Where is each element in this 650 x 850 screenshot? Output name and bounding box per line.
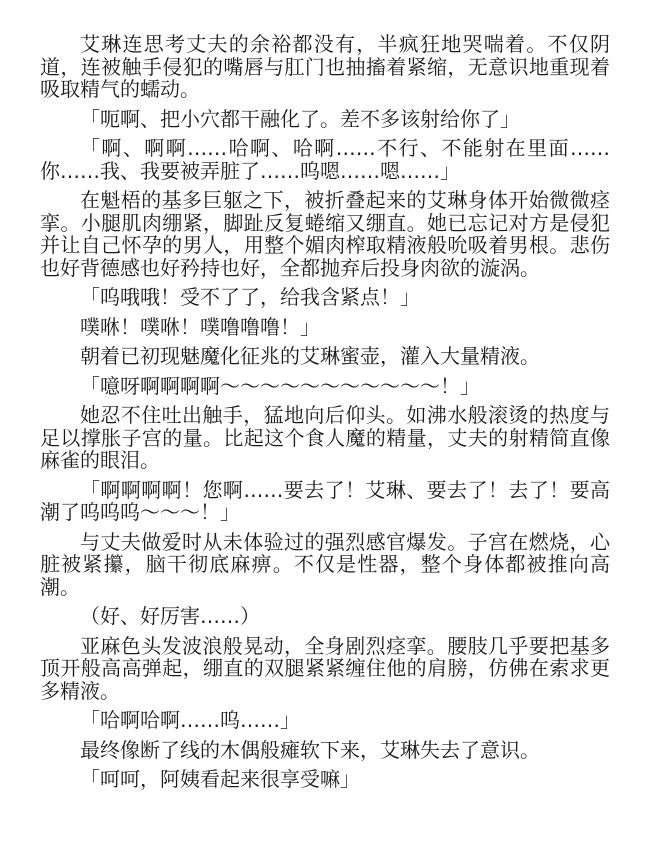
document-page: 艾琳连思考丈夫的余裕都没有，半疯狂地哭喘着。不仅阴道，连被触手侵犯的嘴唇与肛门也… (0, 0, 650, 850)
paragraph: 「啊啊啊啊！您啊……要去了！艾琳、要去了！去了！要高潮了呜呜呜～～～！」 (40, 479, 610, 524)
paragraph: 与丈夫做爱时从未体验过的强烈感官爆发。子宫在燃烧，心脏被紧攥，脑干彻底麻痹。不仅… (40, 531, 610, 599)
paragraph: 亚麻色头发波浪般晃动，全身剧烈痉挛。腰肢几乎要把基多顶开般高高弹起，绷直的双腿紧… (40, 635, 610, 703)
paragraph: 「啊、啊啊……哈啊、哈啊……不行、不能射在里面……你……我、我要被弄脏了……呜嗯… (40, 137, 610, 182)
paragraph: 在魁梧的基多巨躯之下，被折叠起来的艾琳身体开始微微痉挛。小腿肌肉绷紧，脚趾反复蜷… (40, 189, 610, 279)
paragraph: 「呵呵，阿姨看起来很享受嘛」 (40, 768, 610, 791)
paragraph: 噗咻！噗咻！噗噜噜噜！」 (40, 316, 610, 339)
paragraph: 「呜哦哦！受不了了，给我含紧点！」 (40, 286, 610, 309)
paragraph: 朝着已初现魅魔化征兆的艾琳蜜壶，灌入大量精液。 (40, 345, 610, 368)
paragraph: 「呃啊、把小穴都干融化了。差不多该射给你了」 (40, 108, 610, 131)
paragraph: 她忍不住吐出触手，猛地向后仰头。如沸水般滚烫的热度与足以撑胀子宫的量。比起这个食… (40, 404, 610, 472)
paragraph: 艾琳连思考丈夫的余裕都没有，半疯狂地哭喘着。不仅阴道，连被触手侵犯的嘴唇与肛门也… (40, 33, 610, 101)
paragraph: （好、好厉害……） (40, 605, 610, 628)
paragraph: 「哈啊哈啊……呜……」 (40, 709, 610, 732)
paragraph: 最终像断了线的木偶般瘫软下来，艾琳失去了意识。 (40, 739, 610, 762)
paragraph: 「噫呀啊啊啊啊～～～～～～～～～～～！」 (40, 375, 610, 398)
